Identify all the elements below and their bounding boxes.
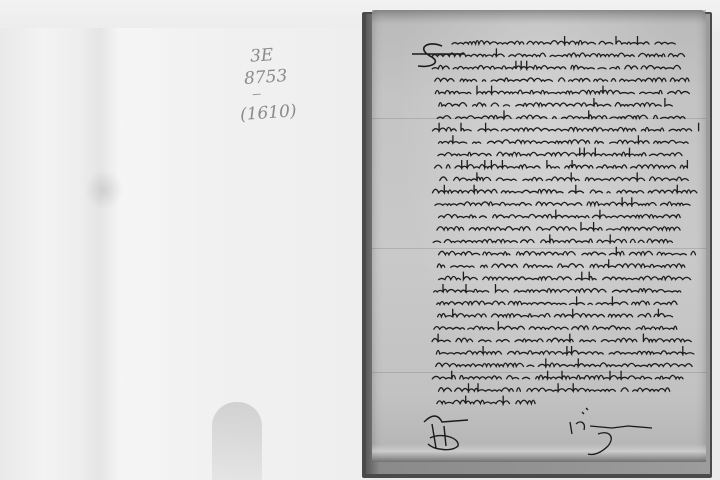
script-line (438, 309, 673, 317)
call-number-label: 3E 8753 (1610) (240, 44, 330, 122)
script-line (434, 284, 681, 292)
cover-fold-crease (80, 28, 120, 480)
script-line (433, 234, 672, 242)
script-line (439, 247, 696, 255)
script-line (432, 334, 691, 342)
script-line (437, 222, 680, 230)
script-line (437, 296, 677, 304)
call-number-year: (1610) (239, 99, 330, 125)
script-line (432, 371, 683, 379)
script-line (440, 172, 689, 180)
script-line (434, 321, 677, 329)
script-line (435, 197, 690, 205)
signature-left (424, 416, 468, 450)
script-line (436, 358, 692, 366)
script-line (433, 123, 699, 131)
thumb-shadow (212, 402, 262, 480)
script-line (435, 78, 689, 81)
script-line (439, 98, 676, 106)
script-line (452, 36, 679, 44)
abbreviation-bar (253, 94, 261, 96)
script-line (438, 148, 682, 156)
call-number-year-text: (1610) (239, 101, 297, 125)
script-line (436, 346, 693, 354)
manuscript-page (372, 10, 706, 462)
script-line (439, 135, 689, 143)
script-line (435, 160, 688, 168)
script-line (439, 272, 691, 280)
signature-right (570, 408, 652, 455)
call-number-number: 8753 (243, 63, 330, 89)
script-line (439, 383, 676, 391)
script-line (437, 259, 685, 267)
script-line (435, 86, 689, 94)
script-line (437, 396, 535, 404)
script-line (433, 185, 697, 193)
script-line (432, 48, 684, 56)
script-line (439, 210, 681, 218)
cover-dent (84, 170, 124, 210)
archival-photo: 3E 8753 (1610) (0, 0, 720, 480)
script-line (432, 61, 680, 69)
handwritten-text (372, 10, 706, 462)
script-line (437, 110, 685, 118)
